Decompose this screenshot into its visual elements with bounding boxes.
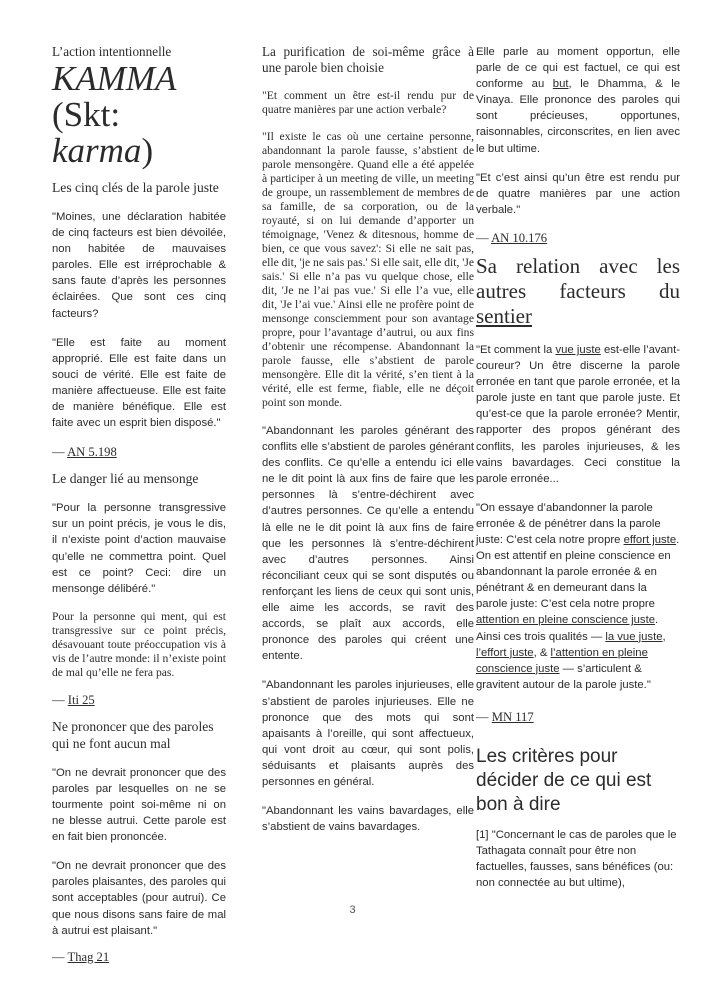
citation: — MN 117 [476, 709, 680, 725]
citation-dash: — [476, 710, 492, 724]
paragraph: "On ne devrait prononcer que des paroles… [52, 858, 226, 938]
section-heading-relation: Sa relation avec les autres facteurs du … [476, 254, 680, 329]
column-right: Elle parle au moment opportun, elle parl… [476, 44, 680, 891]
title-suffix: ) [141, 131, 153, 170]
paragraph: "Abandonnant les vains bavardages, elle … [262, 803, 474, 835]
citation: — AN 5.198 [52, 444, 226, 460]
page-title: KAMMA (Skt: karma) [52, 61, 226, 169]
citation: — Thag 21 [52, 949, 226, 965]
citation-link-an-5-198[interactable]: AN 5.198 [67, 445, 117, 459]
link-but[interactable]: but [553, 78, 569, 90]
paragraph: "Pour la personne transgressive sur un p… [52, 500, 226, 597]
paragraph: "Abandonnant les paroles générant des co… [262, 423, 474, 664]
link-vue-juste[interactable]: vue juste [556, 344, 601, 356]
text: , & [534, 647, 551, 659]
section-heading-harmless-speech: Ne prononcer que des paroles qui ne font… [52, 718, 226, 752]
page-number: 3 [0, 904, 705, 916]
title-prefix: (Skt: [52, 95, 120, 134]
paragraph: Elle parle au moment opportun, elle parl… [476, 44, 680, 157]
text: "Et comment la [476, 344, 556, 356]
citation-dash: — [52, 693, 68, 707]
link-effort-juste[interactable]: effort juste [624, 534, 677, 546]
link-l-effort-juste[interactable]: l’effort juste [476, 647, 534, 659]
citation-link-an-10-176[interactable]: AN 10.176 [491, 231, 547, 245]
kicker: L’action intentionnelle [52, 44, 226, 60]
text: est-elle l’avant-coureur? Un être discer… [476, 344, 680, 485]
paragraph: [1] "Concernant le cas de paroles que le… [476, 827, 680, 891]
text: , [663, 631, 666, 643]
paragraph: "Abandonnant les paroles injurieuses, el… [262, 677, 474, 790]
citation-dash: — [52, 950, 68, 964]
link-sentier[interactable]: sentier [476, 304, 532, 328]
paragraph: "Elle est faite au moment approprié. Ell… [52, 335, 226, 432]
paragraph: "Et c’est ainsi qu’un être est rendu pur… [476, 170, 680, 218]
paragraph: "Il existe le cas où une certaine person… [262, 130, 474, 410]
text: Sa relation avec les autres facteurs du [476, 254, 680, 303]
section-heading-purification: La purification de soi-même grâce à une … [262, 44, 474, 76]
citation-link-thag-21[interactable]: Thag 21 [68, 950, 110, 964]
section-heading-lying-danger: Le danger lié au mensonge [52, 470, 226, 487]
paragraph: Pour la personne qui ment, qui est trans… [52, 610, 226, 680]
section-heading-five-keys: Les cinq clés de la parole juste [52, 179, 226, 196]
title-karma: karma [52, 131, 141, 170]
column-middle: La purification de soi-même grâce à une … [262, 44, 474, 835]
citation: — AN 10.176 [476, 230, 680, 246]
citation-link-mn-117[interactable]: MN 117 [492, 710, 534, 724]
citation: — Iti 25 [52, 692, 226, 708]
paragraph: "On essaye d’abandonner la parole erroné… [476, 500, 680, 693]
title-kamma: KAMMA [52, 61, 226, 97]
paragraph: "Et comment un être est-il rendu pur de … [262, 89, 474, 117]
title-sanskrit: (Skt: karma) [52, 97, 226, 169]
citation-link-iti-25[interactable]: Iti 25 [68, 693, 95, 707]
link-attention-juste[interactable]: attention en pleine conscience juste [476, 614, 655, 626]
column-left: L’action intentionnelle KAMMA (Skt: karm… [52, 44, 226, 965]
section-heading-criteria: Les critères pour décider de ce qui est … [476, 745, 680, 817]
paragraph: "Moines, une déclaration habitée de cinq… [52, 209, 226, 322]
paragraph: "Et comment la vue juste est-elle l’avan… [476, 342, 680, 487]
paragraph: "On ne devrait prononcer que des paroles… [52, 765, 226, 845]
citation-dash: — [476, 231, 491, 245]
citation-dash: — [52, 445, 67, 459]
link-la-vue-juste[interactable]: la vue juste [605, 631, 662, 643]
